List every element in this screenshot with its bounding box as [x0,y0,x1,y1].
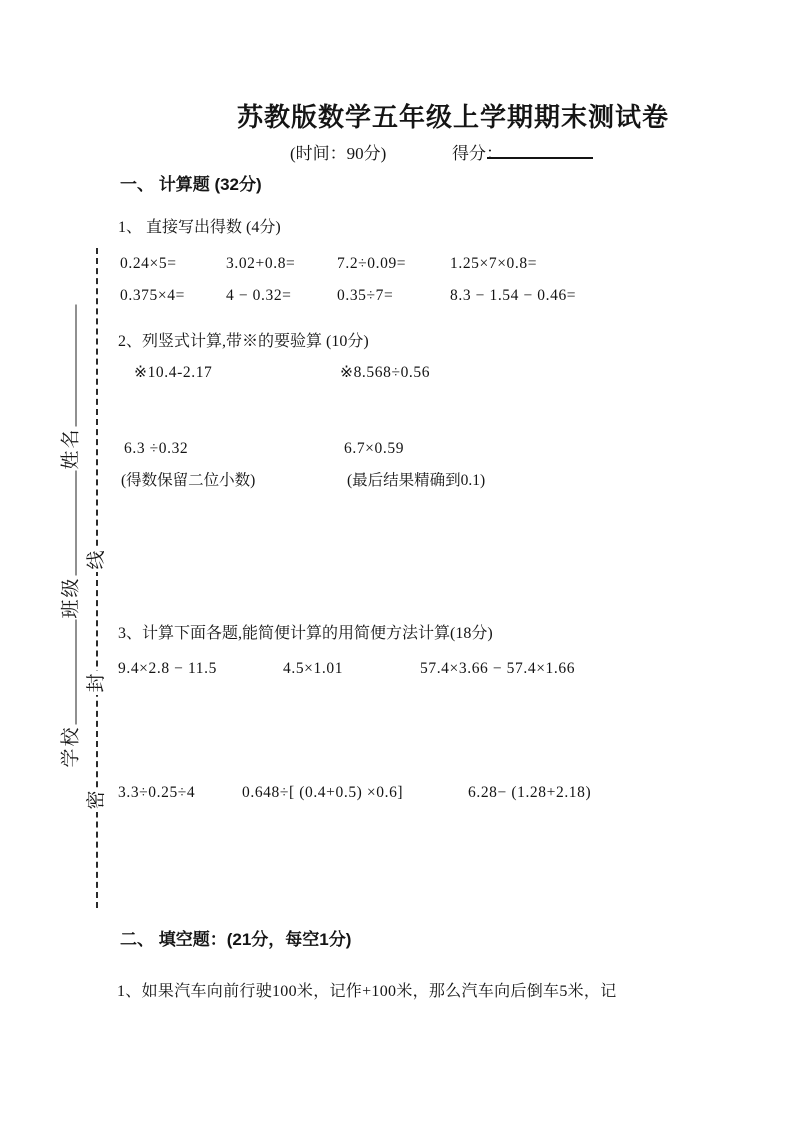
equation: 3.02+0.8= [226,255,295,273]
score-label: 得分： [452,139,503,164]
time-limit-label: (时间：90分) [290,139,386,164]
school-label: 学校 [61,725,82,767]
equation-note: (得数保留二位小数) [121,468,255,490]
score-blank-line [487,157,593,159]
name-blank-line [59,304,77,426]
equation: 7.2÷0.09= [337,255,406,273]
equation: 0.648÷[ (0.4+0.5) ×0.6] [242,784,403,802]
equation: 57.4×3.66 − 57.4×1.66 [420,660,575,678]
name-label: 姓名 [61,427,82,469]
student-info-strip: 学校班级姓名 [56,295,82,768]
equation: 4 − 0.32= [226,287,292,305]
seal-char-feng: 封 [85,671,109,695]
equation: 1.25×7×0.8= [450,255,537,273]
section2-heading: 二、 填空题：(21分，每空1分) [120,925,351,950]
equation: 4.5×1.01 [283,660,343,678]
seal-char-mi: 密 [85,788,109,812]
fill-q1-text: 1、如果汽车向前行驶100米，记作+100米，那么汽车向后倒车5米，记 [117,978,617,1001]
equation: 0.35÷7= [337,287,393,305]
q1-heading: 1、 直接写出得数 (4分) [118,214,281,237]
class-blank-line [59,470,77,575]
equation: ※10.4-2.17 [134,363,212,382]
equation: 8.3 − 1.54 − 0.46= [450,287,576,305]
equation: 6.3 ÷0.32 [124,440,188,458]
equation: 6.28− (1.28+2.18) [468,784,591,802]
equation-note: (最后结果精确到0.1) [347,468,485,490]
seal-char-xian: 线 [85,548,109,572]
school-blank-line [59,619,77,724]
equation: 9.4×2.8 − 11.5 [118,660,217,678]
equation: 3.3÷0.25÷4 [118,784,195,802]
section1-heading: 一、 计算题 (32分) [120,170,262,195]
q3-heading: 3、计算下面各题,能简便计算的用简便方法计算(18分) [118,620,493,643]
exam-paper-page: 苏教版数学五年级上学期期末测试卷 (时间：90分) 得分： 学校班级姓名 线 封… [0,0,793,1122]
equation: 0.24×5= [120,255,177,273]
equation: ※8.568÷0.56 [340,363,430,382]
page-title: 苏教版数学五年级上学期期末测试卷 [237,97,669,134]
equation: 0.375×4= [120,287,185,305]
class-label: 班级 [61,576,82,618]
q2-heading: 2、列竖式计算,带※的要验算 (10分) [118,328,369,351]
equation: 6.7×0.59 [344,440,404,458]
